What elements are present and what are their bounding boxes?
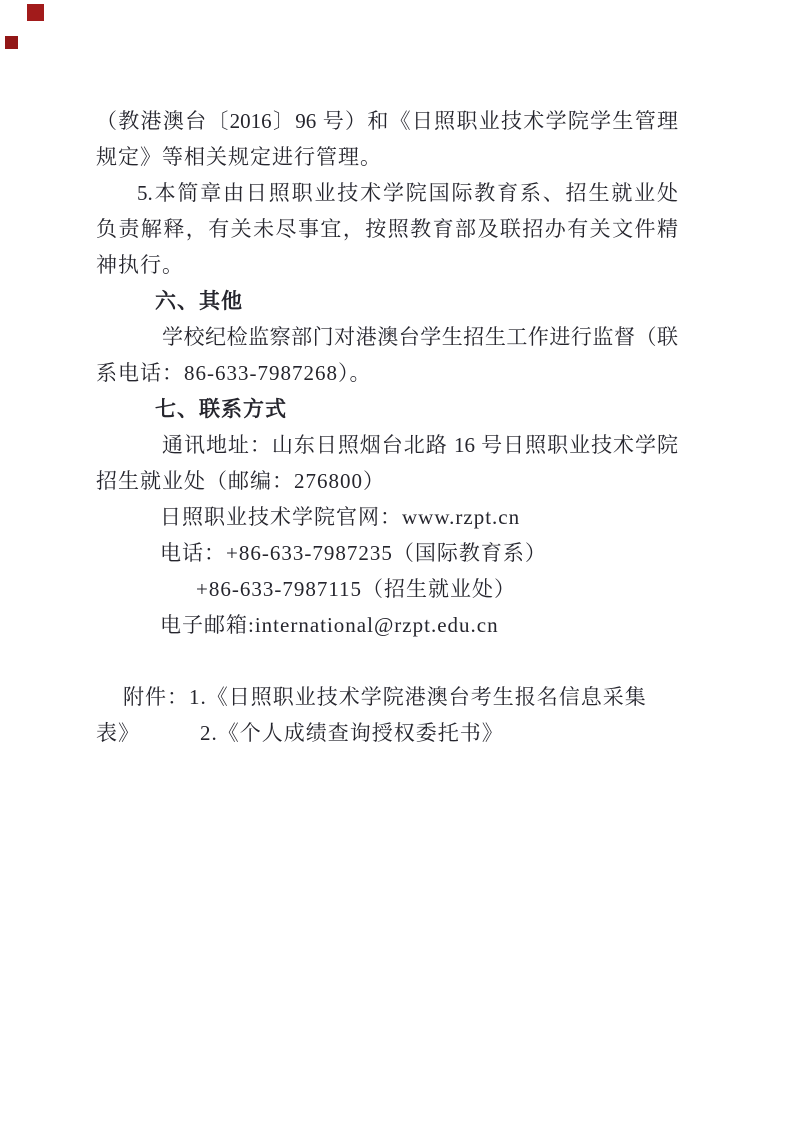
document-line: 招生就业处（邮编：276800） [96, 463, 678, 499]
section-heading: 六、其他 [96, 283, 678, 319]
document-line: 系电话：86-633-7987268）。 [96, 355, 678, 391]
document-line: 电子邮箱:international@rzpt.edu.cn [96, 607, 678, 643]
document-line: （教港澳台〔2016〕96 号）和《日照职业技术学院学生管理 [96, 103, 678, 139]
document-line: 5.本简章由日照职业技术学院国际教育系、招生就业处 [96, 175, 678, 211]
document-line [96, 643, 678, 679]
document-line: 学校纪检监察部门对港澳台学生招生工作进行监督（联 [96, 319, 678, 355]
document-line: 日照职业技术学院官网：www.rzpt.cn [96, 499, 678, 535]
document-line: 神执行。 [96, 247, 678, 283]
document-line: 规定》等相关规定进行管理。 [96, 139, 678, 175]
red-square-mark-1 [27, 4, 44, 21]
document-line: 2.《个人成绩查询授权委托书》 [96, 715, 678, 751]
document-line: 电话：+86-633-7987235（国际教育系） [96, 535, 678, 571]
document-line: 附件：1.《日照职业技术学院港澳台考生报名信息采集表》 [96, 679, 678, 715]
document-body: （教港澳台〔2016〕96 号）和《日照职业技术学院学生管理规定》等相关规定进行… [96, 103, 678, 751]
document-line: 负责解释，有关未尽事宜，按照教育部及联招办有关文件精 [96, 211, 678, 247]
section-heading: 七、联系方式 [96, 391, 678, 427]
red-square-mark-2 [5, 36, 18, 49]
document-page: （教港澳台〔2016〕96 号）和《日照职业技术学院学生管理规定》等相关规定进行… [0, 0, 800, 1132]
document-line: +86-633-7987115（招生就业处） [96, 571, 678, 607]
document-line: 通讯地址：山东日照烟台北路 16 号日照职业技术学院 [96, 427, 678, 463]
